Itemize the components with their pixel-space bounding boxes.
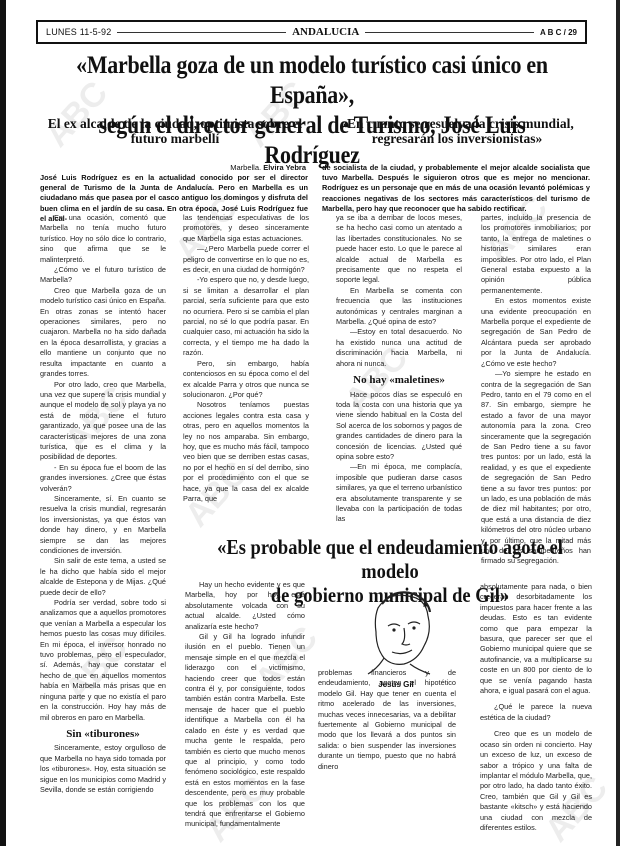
lead-paragraph-right: de socialista de la ciudad, y probableme… [322,163,590,214]
page-number: A B C / 29 [540,28,577,37]
byline: Marbella. Elvira Yebra [40,163,306,172]
second-headline-line-1: «Es probable que el endeudamiento agote … [205,535,575,583]
paragraph: —Estoy en total desacuerdo. No ha existi… [336,327,462,369]
question: En Marbella se comenta con frecuencia qu… [336,286,462,328]
article-column-6: problemas financieros y de endeudamiento… [318,668,456,772]
paragraph: Sinceramente, sí. En cuanto se resuelva … [40,494,166,556]
main-headline: «Marbella goza de un modelo turístico ca… [75,50,550,170]
paragraph: Por otro lado, creo que Marbella, una ve… [40,380,166,463]
question: Hay un hecho evidente y es que Marbella,… [185,580,305,632]
portrait-illustration [348,588,444,676]
section-subhead: Sin «tiburones» [40,729,166,739]
header-rule [365,32,534,33]
header-rule [117,32,286,33]
paragraph: absolutamente para nada, o bien crecerán… [480,582,592,696]
paragraph: partes, incluido la presencia de los pro… [481,213,591,296]
paragraph: Creo que Marbella goza de un modelo turí… [40,286,166,380]
paragraph: ya se iba a derribar de locos meses, se … [336,213,462,286]
subheadline-right: «En cuanto se resuelva la crisis mundial… [322,116,592,146]
question: —¿Pero Marbella puede correr el peligro … [183,244,309,275]
paragraph: Sinceramente, estoy orgulloso de que Mar… [40,743,166,795]
section-subhead: No hay «maletines» [336,375,462,385]
paragraph: las tendencias especulativas de los prom… [183,213,309,244]
paragraph: En una ocasión, comentó que Marbella no … [40,213,166,265]
paragraph: Nosotros teníamos puestas acciones legal… [183,400,309,504]
article-column-4: partes, incluido la presencia de los pro… [481,213,591,567]
paragraph: -Yo espero que no, y desde luego, si se … [183,275,309,358]
page-header: LUNES 11-5-92 ANDALUCIA A B C / 29 [36,20,587,44]
article-column-7: absolutamente para nada, o bien crecerán… [480,582,592,833]
article-column-1: En una ocasión, comentó que Marbella no … [40,213,166,795]
question: ¿Qué le parece la nueva estética de la c… [480,702,592,723]
question: Pero, sin embargo, había contenciosos en… [183,359,309,401]
headline-line-1: «Marbella goza de un modelo turístico ca… [75,50,550,110]
article-column-2: las tendencias especulativas de los prom… [183,213,309,504]
question: Hace pocos días se especuló en toda la c… [336,390,462,463]
question: Sin salir de este tema, a usted se le ha… [40,556,166,598]
byline-author: Elvira Yebra [263,163,306,172]
paragraph: Podría ser verdad, sobre todo si analiza… [40,598,166,723]
paragraph: Creo que es un modelo de ocaso sin orden… [480,729,592,833]
question: En estos momentos existe una evidente pr… [481,296,591,369]
scan-edge-left [0,0,6,846]
byline-place: Marbella. [230,163,261,172]
paragraph: Gil y Gil ha logrado infundir ilusión en… [185,632,305,830]
subheadline-left: El ex alcalde de la ciudad, optimista so… [40,116,310,146]
issue-date: LUNES 11-5-92 [46,27,111,37]
paragraph: —En mi época, me complacía, imposible qu… [336,462,462,524]
paragraph: problemas financieros y de endeudamiento… [318,668,456,772]
question: - En su época fue el boom de las grandes… [40,463,166,494]
article-column-3: ya se iba a derribar de locos meses, se … [336,213,462,525]
section-title: ANDALUCIA [292,26,359,38]
question: ¿Cómo ve el futuro turístico de Marbella… [40,265,166,286]
article-column-5: Hay un hecho evidente y es que Marbella,… [185,580,305,830]
scan-edge-right [616,0,620,846]
